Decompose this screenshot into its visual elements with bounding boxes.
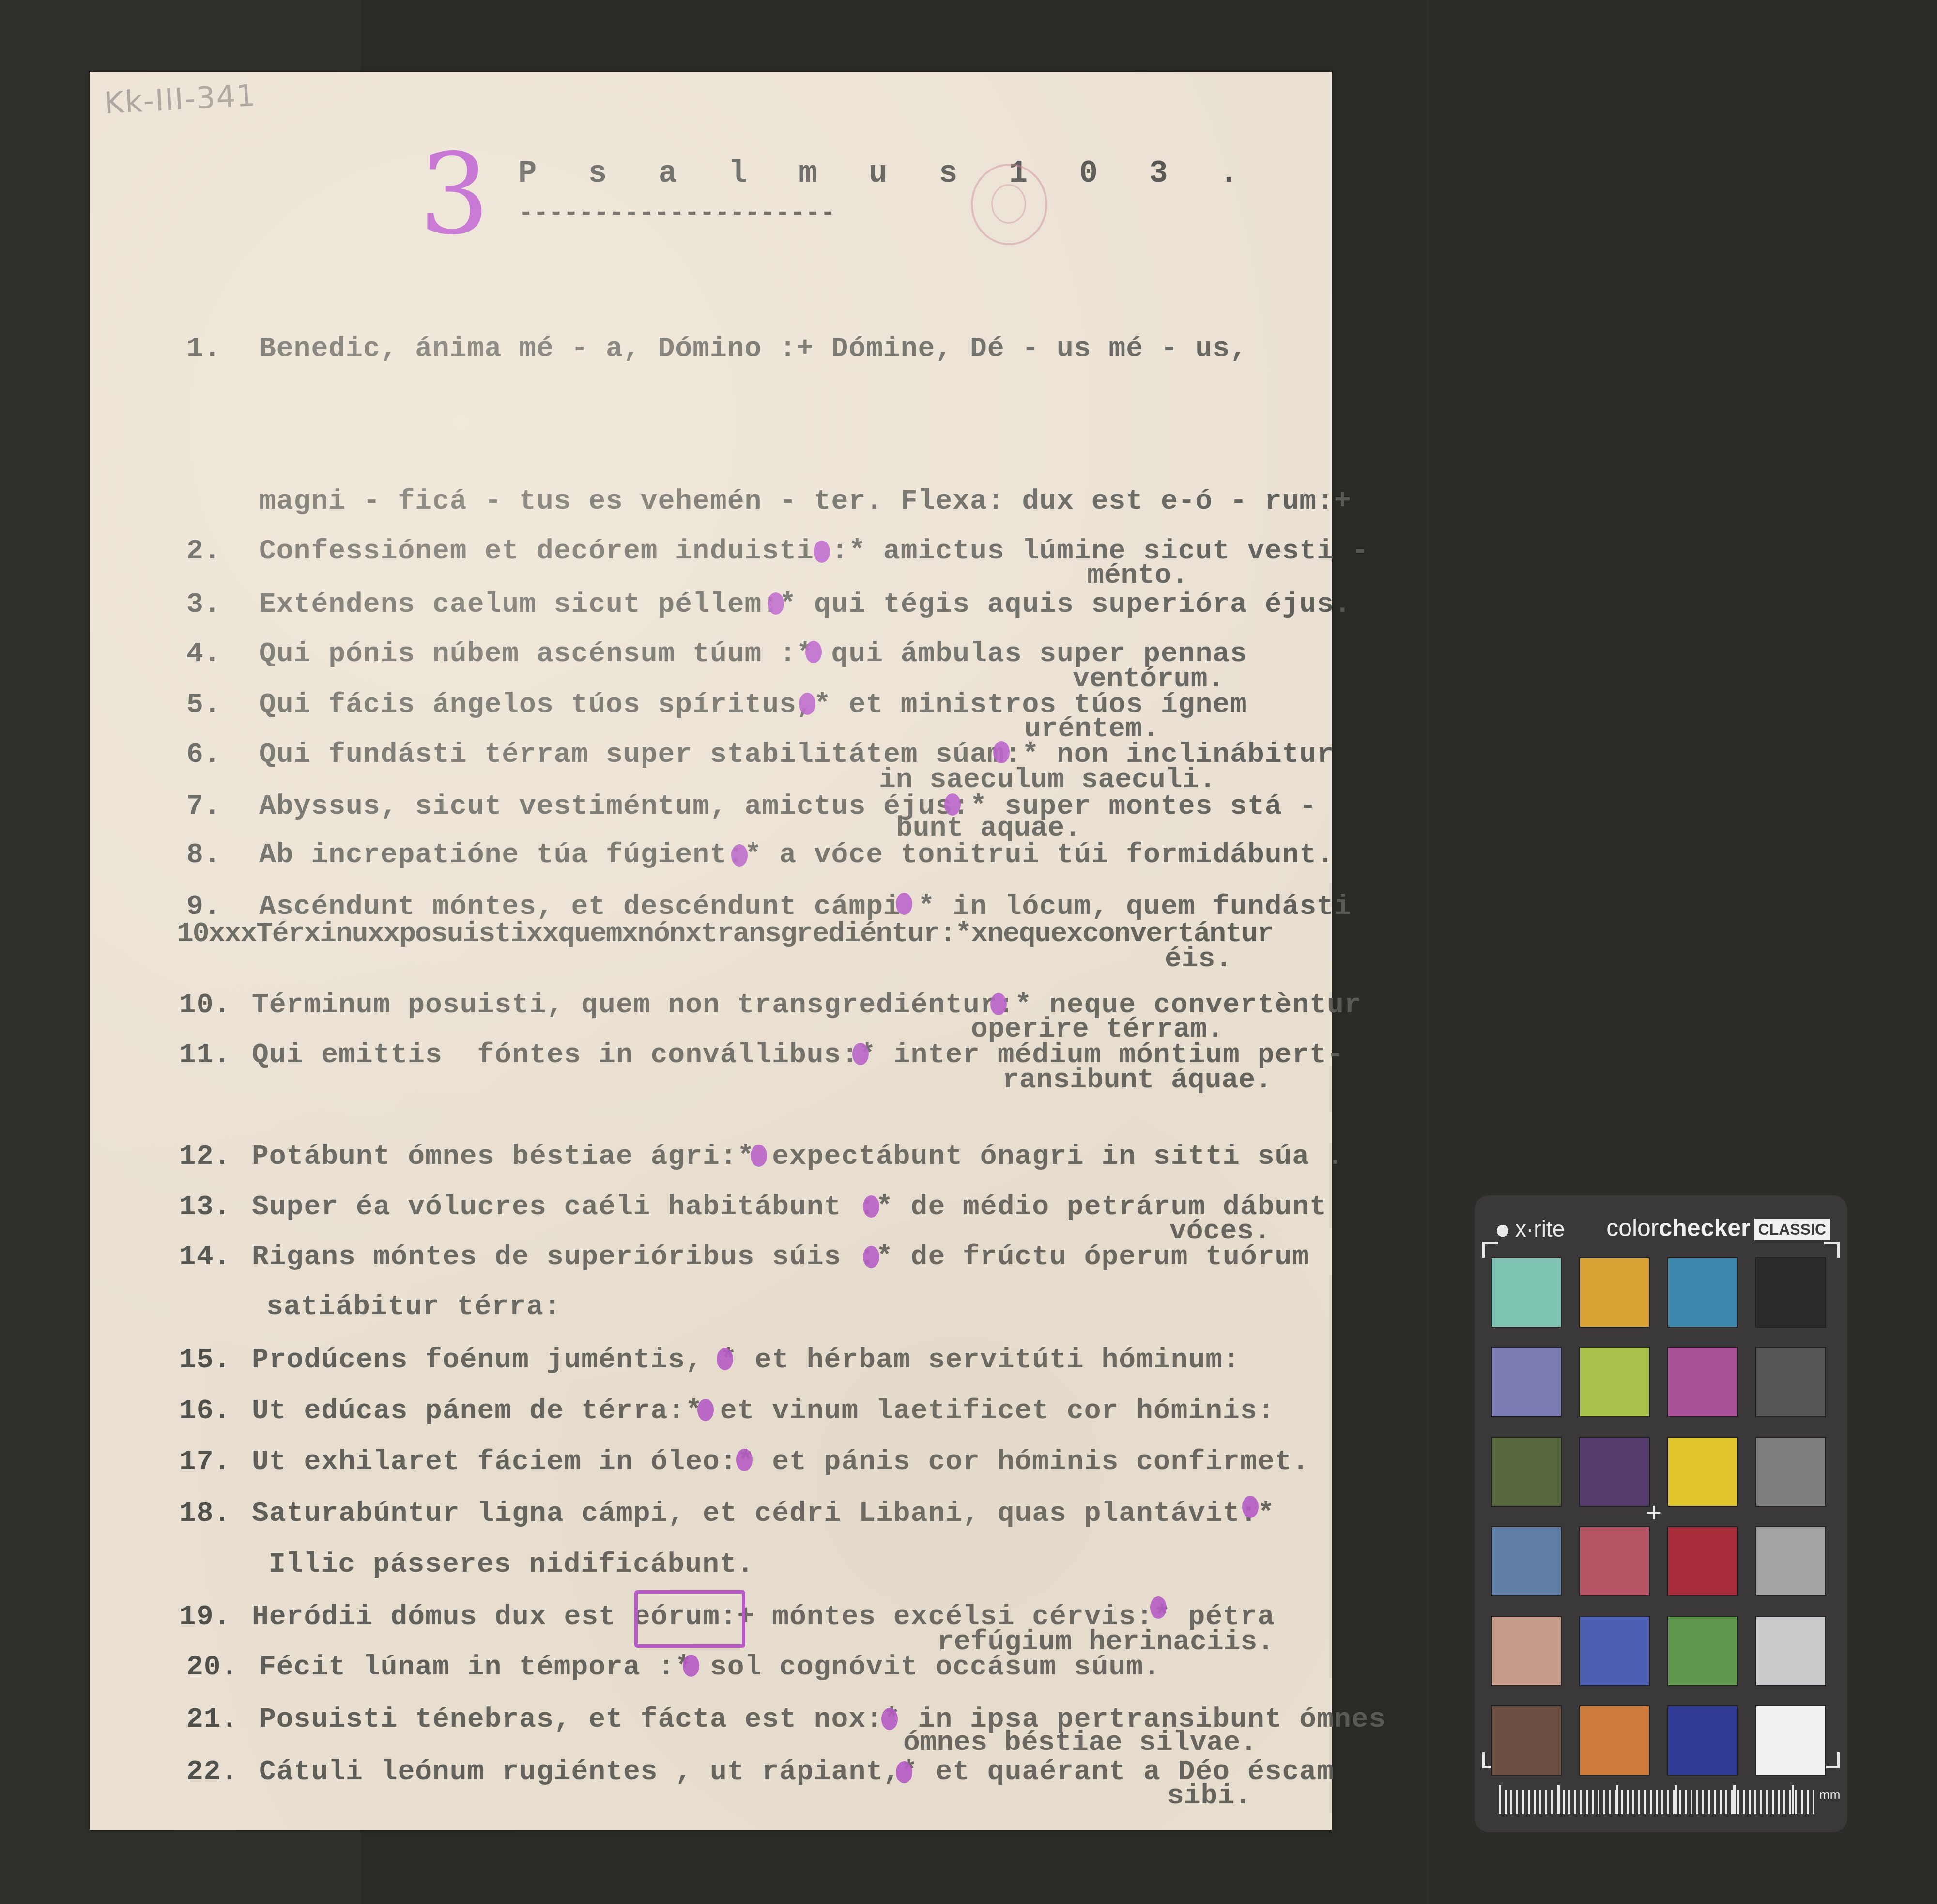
violet-mark [1150,1596,1167,1619]
violet-mark [768,592,784,615]
ruler-major-tick [1499,1785,1501,1814]
violet-mark [944,793,961,816]
verse-continuation: ménto. [1087,560,1188,591]
color-patch [1755,1526,1826,1596]
verse-line: 2.Confessiónem et decórem induisti :* am… [186,536,1369,567]
color-patch [1755,1257,1826,1328]
ruler-major-tick [1557,1785,1560,1814]
verse-line: magni - ficá - tus es vehemén - ter. Fle… [259,486,1352,517]
color-patch [1579,1616,1650,1686]
violet-mark [697,1399,714,1421]
verse-line: 20.Fécit lúnam in témpora :* sol cognóvi… [186,1652,1161,1683]
verse-line: 16.Ut edúcas pánem de térra:* et vinum l… [179,1395,1275,1427]
violet-mark [683,1655,699,1677]
violet-mark [814,541,830,563]
verse-line: 18.Saturabúntur ligna cámpi, et cédri Li… [179,1498,1275,1530]
color-patch [1579,1705,1650,1776]
violet-mark [717,1348,733,1370]
violet-mark [751,1145,767,1167]
document-page: Kk-III-341 3 P s a l m u s 1 0 3 . -----… [90,72,1332,1830]
violet-mark [881,1708,898,1730]
ruler-major-tick [1616,1785,1618,1814]
color-patch [1755,1347,1826,1417]
color-patch [1491,1526,1562,1596]
verse-line: 1.Benedic, ánima mé - a, Dómino :+ Dómin… [186,333,1247,365]
verse-continuation: sibi. [1167,1780,1251,1812]
color-patch [1579,1257,1650,1328]
verse-continuation: éis. [1165,944,1232,975]
color-patch [1755,1616,1826,1686]
color-checker-card: x·rite colorcheckerCLASSIC + mm [1475,1195,1847,1832]
violet-mark [852,1043,869,1065]
verse-line: 22.Cátuli leónum rugiéntes , ut rápiant,… [186,1756,1334,1788]
ruler-major-tick [1733,1785,1736,1814]
verse-line: 15.Prodúcens foénum juméntis, * et hérba… [179,1345,1240,1376]
color-patch [1491,1616,1562,1686]
color-patch [1755,1437,1826,1507]
violet-mark [896,893,912,915]
color-patch [1579,1347,1650,1417]
ruler-unit: mm [1819,1787,1840,1802]
color-patch [1491,1257,1562,1328]
violet-mark [799,693,815,715]
color-patch [1667,1616,1738,1686]
violet-mark [736,1449,753,1471]
mm-ruler [1499,1790,1814,1814]
xrite-logo-icon [1494,1221,1511,1240]
color-patch [1491,1705,1562,1776]
color-patch [1491,1437,1562,1507]
page-title: P s a l m u s 1 0 3 . [518,156,1255,191]
color-patch [1667,1705,1738,1776]
verse-continuation: ómnes béstiae silvae. [903,1727,1257,1759]
color-patch [1579,1437,1650,1507]
colorchecker-label: colorcheckerCLASSIC [1606,1214,1830,1242]
corner-mark [1482,1242,1498,1258]
library-stamp [971,164,1047,245]
violet-mark [731,844,748,867]
color-patch [1667,1347,1738,1417]
verse-continuation: ransibunt áquae. [1002,1065,1272,1096]
violet-mark [805,641,822,663]
crosshair-icon: + [1645,1502,1663,1523]
archive-reference: Kk-III-341 [103,77,257,121]
color-patch [1667,1257,1738,1328]
ruler-major-tick [1792,1785,1794,1814]
violet-mark [896,1761,912,1783]
violet-mark [990,993,1007,1015]
struck-through-line: 10xxxTérxinuxxposuistixxquemxnónxtransgr… [177,918,1273,950]
violet-box-annotation [634,1590,745,1648]
verse-line: 7.Abyssus, sicut vestiméntum, amictus éj… [186,791,1317,822]
verse-line: 14.Rigans móntes de superióribus súis :*… [179,1241,1309,1273]
xrite-logo: x·rite [1494,1216,1565,1242]
violet-mark [863,1195,879,1218]
color-patch [1755,1705,1826,1776]
corner-mark [1824,1242,1840,1258]
violet-mark [1242,1496,1259,1518]
color-patch [1667,1437,1738,1507]
color-patch [1667,1526,1738,1596]
verse-line: satiábitur térra: [266,1291,561,1323]
verse-line: 8.Ab increpatióne túa fúgient:* a vóce t… [186,839,1334,871]
ruler-major-tick [1675,1785,1677,1814]
title-underline: --------------------- [518,199,835,227]
violet-mark [993,741,1010,763]
verse-line: 13.Super éa vólucres caéli habitábunt :*… [179,1192,1327,1223]
violet-mark [863,1246,879,1268]
verse-line: Illic pásseres nidificábunt. [269,1549,754,1580]
folio-number: 3 [419,139,490,251]
color-patch [1491,1347,1562,1417]
color-patch [1579,1526,1650,1596]
